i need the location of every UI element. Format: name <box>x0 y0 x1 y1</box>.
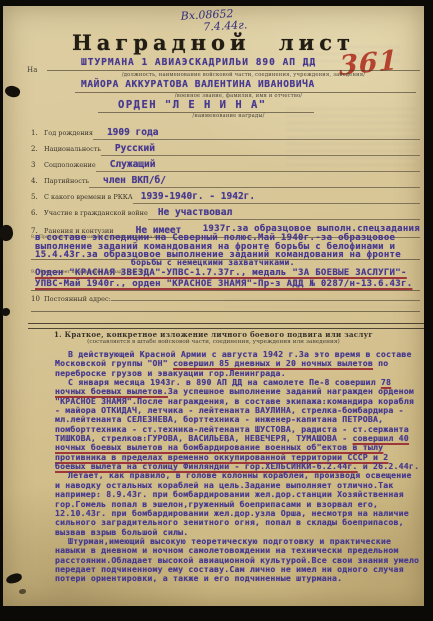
field-number: 6. <box>31 209 40 217</box>
form-rule <box>47 62 420 71</box>
body-paragraph-2: С января месяца 1943г. в 890 АП ДД на са… <box>55 378 420 471</box>
body-paragraph-1: В действующей Красной Армии с августа 19… <box>55 350 420 378</box>
paper: Вх.08652 7.4.44г. Наградной лист 361 На … <box>3 6 424 606</box>
ink-blot <box>0 224 14 242</box>
field-row-nationality: 2. Национальность Русский <box>31 136 420 151</box>
typed-line-awards: Орден "КРАСНАЯ ЗВЕЗДА"-УПВС-1.7.37г., ме… <box>35 268 407 278</box>
field-row-party-membership: 4. Партийность член ВКП/б/ <box>31 168 420 183</box>
section-heading: 1. Краткое, конкретное изложение личного… <box>23 330 404 339</box>
ink-blot <box>4 84 22 99</box>
form-rule <box>98 104 314 113</box>
ink-blot <box>19 589 26 594</box>
section-divider <box>28 323 424 329</box>
ink-blot <box>5 572 23 585</box>
field-row-birth-year: 1. Год рождения 1909 года <box>31 120 420 135</box>
typed-line-awards: УПВС-Май 1940г., орден "КРАСНОЕ ЗНАМЯ"-П… <box>35 279 412 289</box>
field-block-previous-nominations: 8. Представлялся ли ранее к награде, ког… <box>31 224 420 270</box>
ink-blot <box>1 308 10 316</box>
body-paragraph-3: Летает, как правило, в голове колонны ко… <box>55 471 420 536</box>
scanned-award-sheet: Вх.08652 7.4.44г. Наградной лист 361 На … <box>0 0 433 621</box>
na-label: На <box>27 66 38 74</box>
merit-description: В действующей Красной Армии с августа 19… <box>55 350 420 584</box>
field-block-existing-awards: 9. Какие имеет поощрения и награды и за … <box>31 268 420 294</box>
award-caption: /наименование награды/ <box>153 113 304 119</box>
field-value: Не участвовал <box>158 207 232 218</box>
form-rule <box>31 303 420 312</box>
body-paragraph-4: Штурман,имеющий высокую теоретическую по… <box>55 537 420 584</box>
typed-line: борьбы с немецкими захватчиками. <box>131 258 295 267</box>
section-subheading: (составляется в штабе войсковой части, с… <box>23 339 404 345</box>
form-rule <box>75 84 416 93</box>
field-label: Участие в гражданской войне <box>44 209 148 217</box>
field-row-social-position: 3 Соцположение Служащий <box>31 152 420 167</box>
field-label: Постоянный адрес: <box>44 295 111 303</box>
field-row-rkka-service: 5. С какого времени в РККА 1939-1940г. -… <box>31 184 420 199</box>
field-row-civil-war: 6. Участие в гражданской войне Не участв… <box>31 200 420 215</box>
field-number: 10 <box>31 295 40 303</box>
position-caption: /должность, наименование войсковой части… <box>83 72 404 78</box>
